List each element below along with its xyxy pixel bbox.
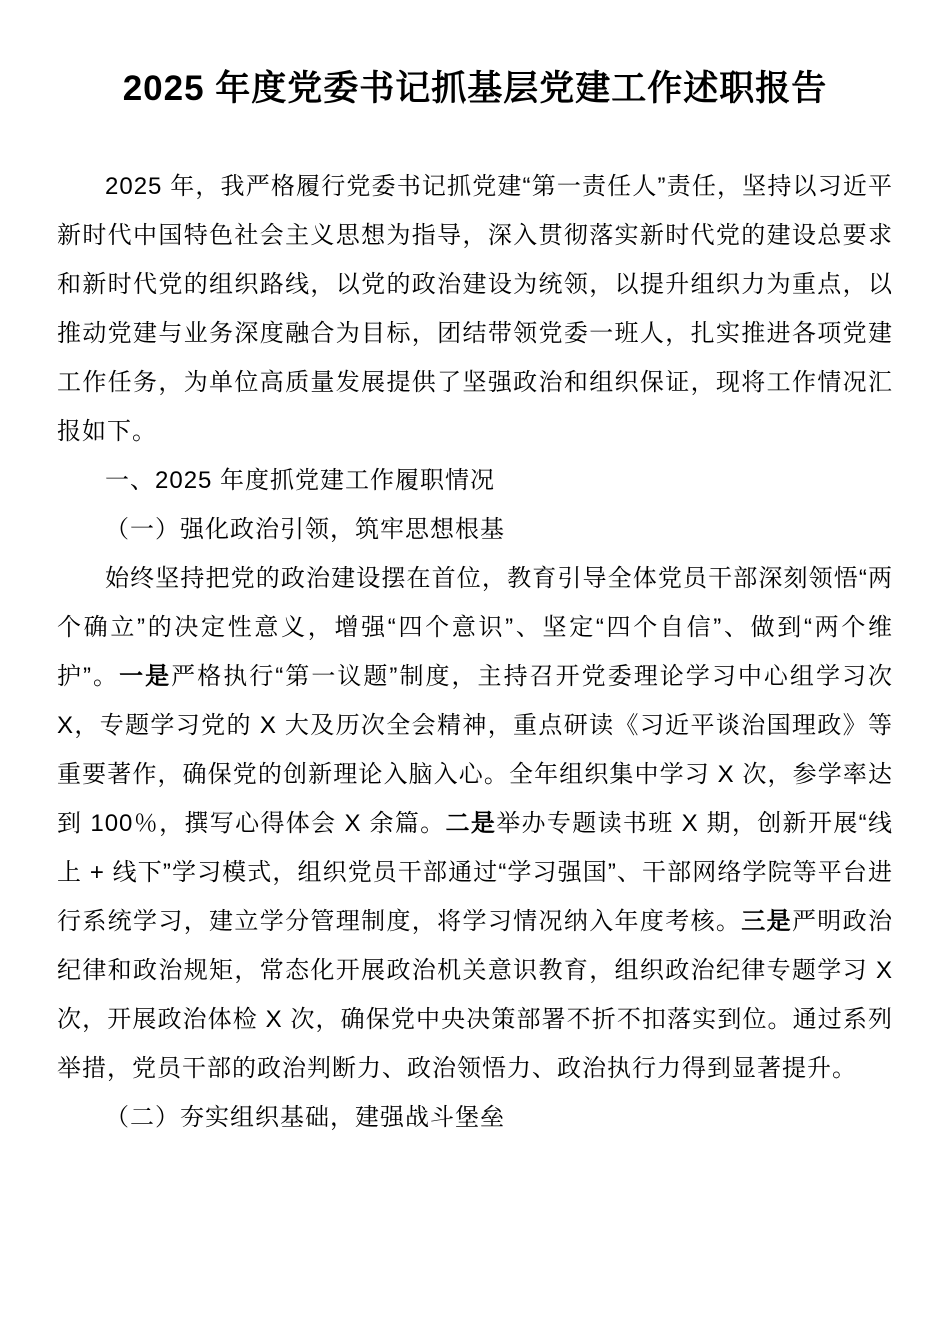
text-run: 一、2025 年度抓党建工作履职情况 [105, 467, 495, 494]
document-body: 2025 年，我严格履行党委书记抓党建“第一责任人”责任，坚持以习近平新时代中国… [57, 162, 893, 1142]
paragraph-heading-level-2: （二）夯实组织基础，建强战斗堡垒 [57, 1093, 893, 1142]
text-run: （二）夯实组织基础，建强战斗堡垒 [105, 1104, 505, 1131]
paragraph-body: 始终坚持把党的政治建设摆在首位，教育引导全体党员干部深刻领悟“两个确立”的决定性… [57, 554, 893, 1093]
document-title: 2025 年度党委书记抓基层党建工作述职报告 [57, 66, 893, 112]
document-page: 2025 年度党委书记抓基层党建工作述职报告 2025 年，我严格履行党委书记抓… [0, 0, 950, 1344]
text-run-bold: 二是 [446, 810, 497, 837]
paragraph-heading-level-2: （一）强化政治引领，筑牢思想根基 [57, 505, 893, 554]
text-run: 2025 年，我严格履行党委书记抓党建“第一责任人”责任，坚持以习近平新时代中国… [57, 173, 893, 445]
text-run: （一）强化政治引领，筑牢思想根基 [105, 516, 505, 543]
paragraph-body: 2025 年，我严格履行党委书记抓党建“第一责任人”责任，坚持以习近平新时代中国… [57, 162, 893, 456]
text-run-bold: 一是 [119, 663, 171, 690]
text-run-bold: 三是 [741, 908, 792, 935]
paragraph-heading-level-1: 一、2025 年度抓党建工作履职情况 [57, 456, 893, 505]
